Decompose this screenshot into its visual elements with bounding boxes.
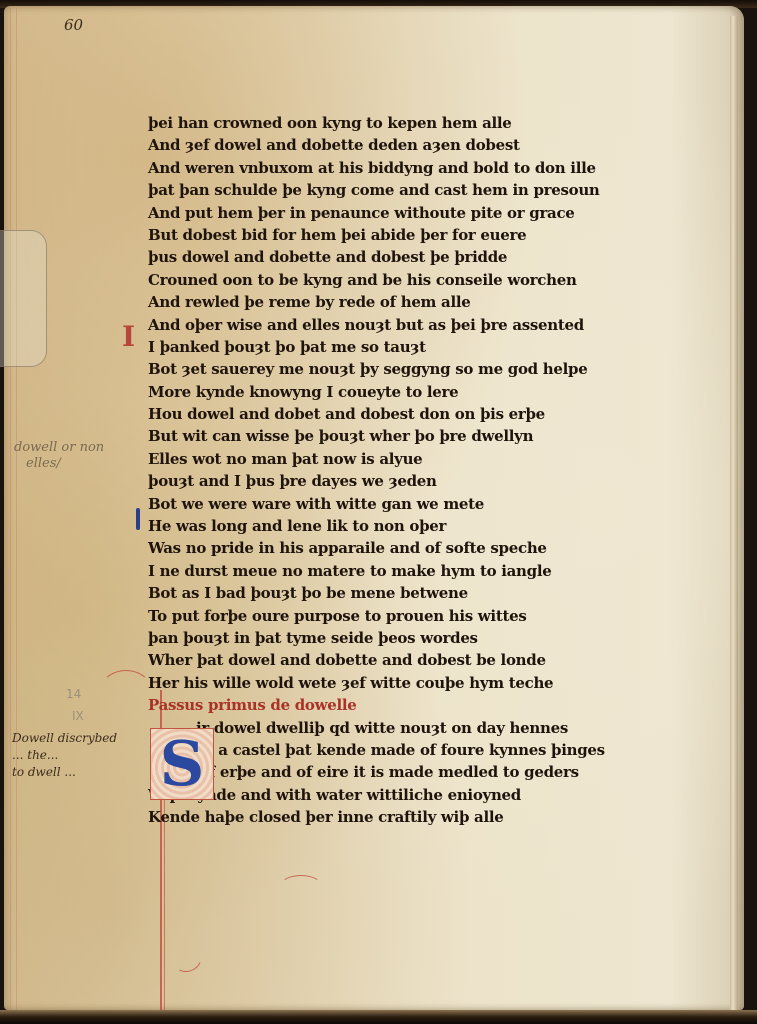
penwork-flourish xyxy=(280,875,322,897)
ruling-line xyxy=(16,8,17,1010)
illuminated-initial-letter: S xyxy=(160,733,205,795)
marginal-note: Dowell discrybed ... the... to dwell ... xyxy=(12,730,117,781)
pencil-number: IX xyxy=(72,708,84,724)
text-line: þan þouȝt in þat tyme seide þeos wordes xyxy=(148,627,738,649)
paraph-mark xyxy=(136,508,140,530)
text-line: But dobest bid for hem þei abide þer for… xyxy=(148,224,738,246)
text-line: þat þan schulde þe kyng come and cast he… xyxy=(148,179,738,201)
text-line: Kende haþe closed þer inne craftily wiþ … xyxy=(148,806,738,828)
text-line: He was long and lene lik to non oþer xyxy=(148,515,738,537)
pencil-number: 14 xyxy=(66,686,81,702)
book-bottom-edge xyxy=(0,1010,757,1024)
text-line: Hou dowel and dobet and dobest don on þi… xyxy=(148,403,738,425)
rubric-heading: Passus primus de dowelle xyxy=(148,694,738,716)
text-line: But wit can wisse þe þouȝt wher þo þre d… xyxy=(148,425,738,447)
illuminated-initial: S xyxy=(150,728,214,800)
text-line: Was no pride in his apparaile and of sof… xyxy=(148,537,738,559)
marginal-note-line: Dowell discrybed xyxy=(12,730,117,747)
text-line: Crouned oon to be kyng and be his consei… xyxy=(148,269,738,291)
text-line: þouȝt and I þus þre dayes we ȝeden xyxy=(148,470,738,492)
text-line: Bot we were ware with witte gan we mete xyxy=(148,493,738,515)
text-line: Elles wot no man þat now is alyue xyxy=(148,448,738,470)
marginal-note-line: to dwell ... xyxy=(12,764,117,781)
text-line: Of erþe and of eire it is made medled to… xyxy=(148,761,738,783)
text-line: Her his wille wold wete ȝef witte couþe … xyxy=(148,672,738,694)
marginal-note: dowell or non elles/ xyxy=(14,440,104,472)
text-line: Bot as I bad þouȝt þo be mene betwene xyxy=(148,582,738,604)
binding-tab xyxy=(0,230,47,367)
text-line: ir dowel dwelliþ qd witte nouȝt on day h… xyxy=(148,717,738,739)
text-line: þei han crowned oon kyng to kepen hem al… xyxy=(148,112,738,134)
text-line: And ȝef dowel and dobette deden aȝen dob… xyxy=(148,134,738,156)
text-line: I ne durst meue no matere to make hym to… xyxy=(148,560,738,582)
text-line: Wher þat dowel and dobette and dobest be… xyxy=(148,649,738,671)
folio-number: 60 xyxy=(64,16,83,34)
ruling-line xyxy=(10,8,11,1010)
text-line: þus dowel and dobette and dobest þe þrid… xyxy=(148,246,738,268)
text-line: And put hem þer in penaunce withoute pit… xyxy=(148,202,738,224)
text-line: And weren vnbuxom at his biddyng and bol… xyxy=(148,157,738,179)
text-line: I þanked þouȝt þo þat me so tauȝt xyxy=(148,336,738,358)
text-line: To put forþe oure purpose to prouen his … xyxy=(148,605,738,627)
main-text: þei han crowned oon kyng to kepen hem al… xyxy=(148,112,738,829)
text-line: Wiþ wynde and with water wittiliche enio… xyxy=(148,784,738,806)
text-line: In a castel þat kende made of foure kynn… xyxy=(148,739,738,761)
marginal-note-line: ... the... xyxy=(12,747,117,764)
text-line: And rewled þe reme by rede of hem alle xyxy=(148,291,738,313)
penwork-flourish xyxy=(100,670,152,712)
text-line: And oþer wise and elles nouȝt but as þei… xyxy=(148,314,738,336)
text-line: More kynde knowyng I coueyte to lere xyxy=(148,381,738,403)
marginal-note-line: elles/ xyxy=(14,456,104,472)
marginal-note-line: dowell or non xyxy=(14,440,104,456)
red-initial: I xyxy=(122,320,135,353)
text-line: Bot ȝet sauerey me nouȝt þy seggyng so m… xyxy=(148,358,738,380)
